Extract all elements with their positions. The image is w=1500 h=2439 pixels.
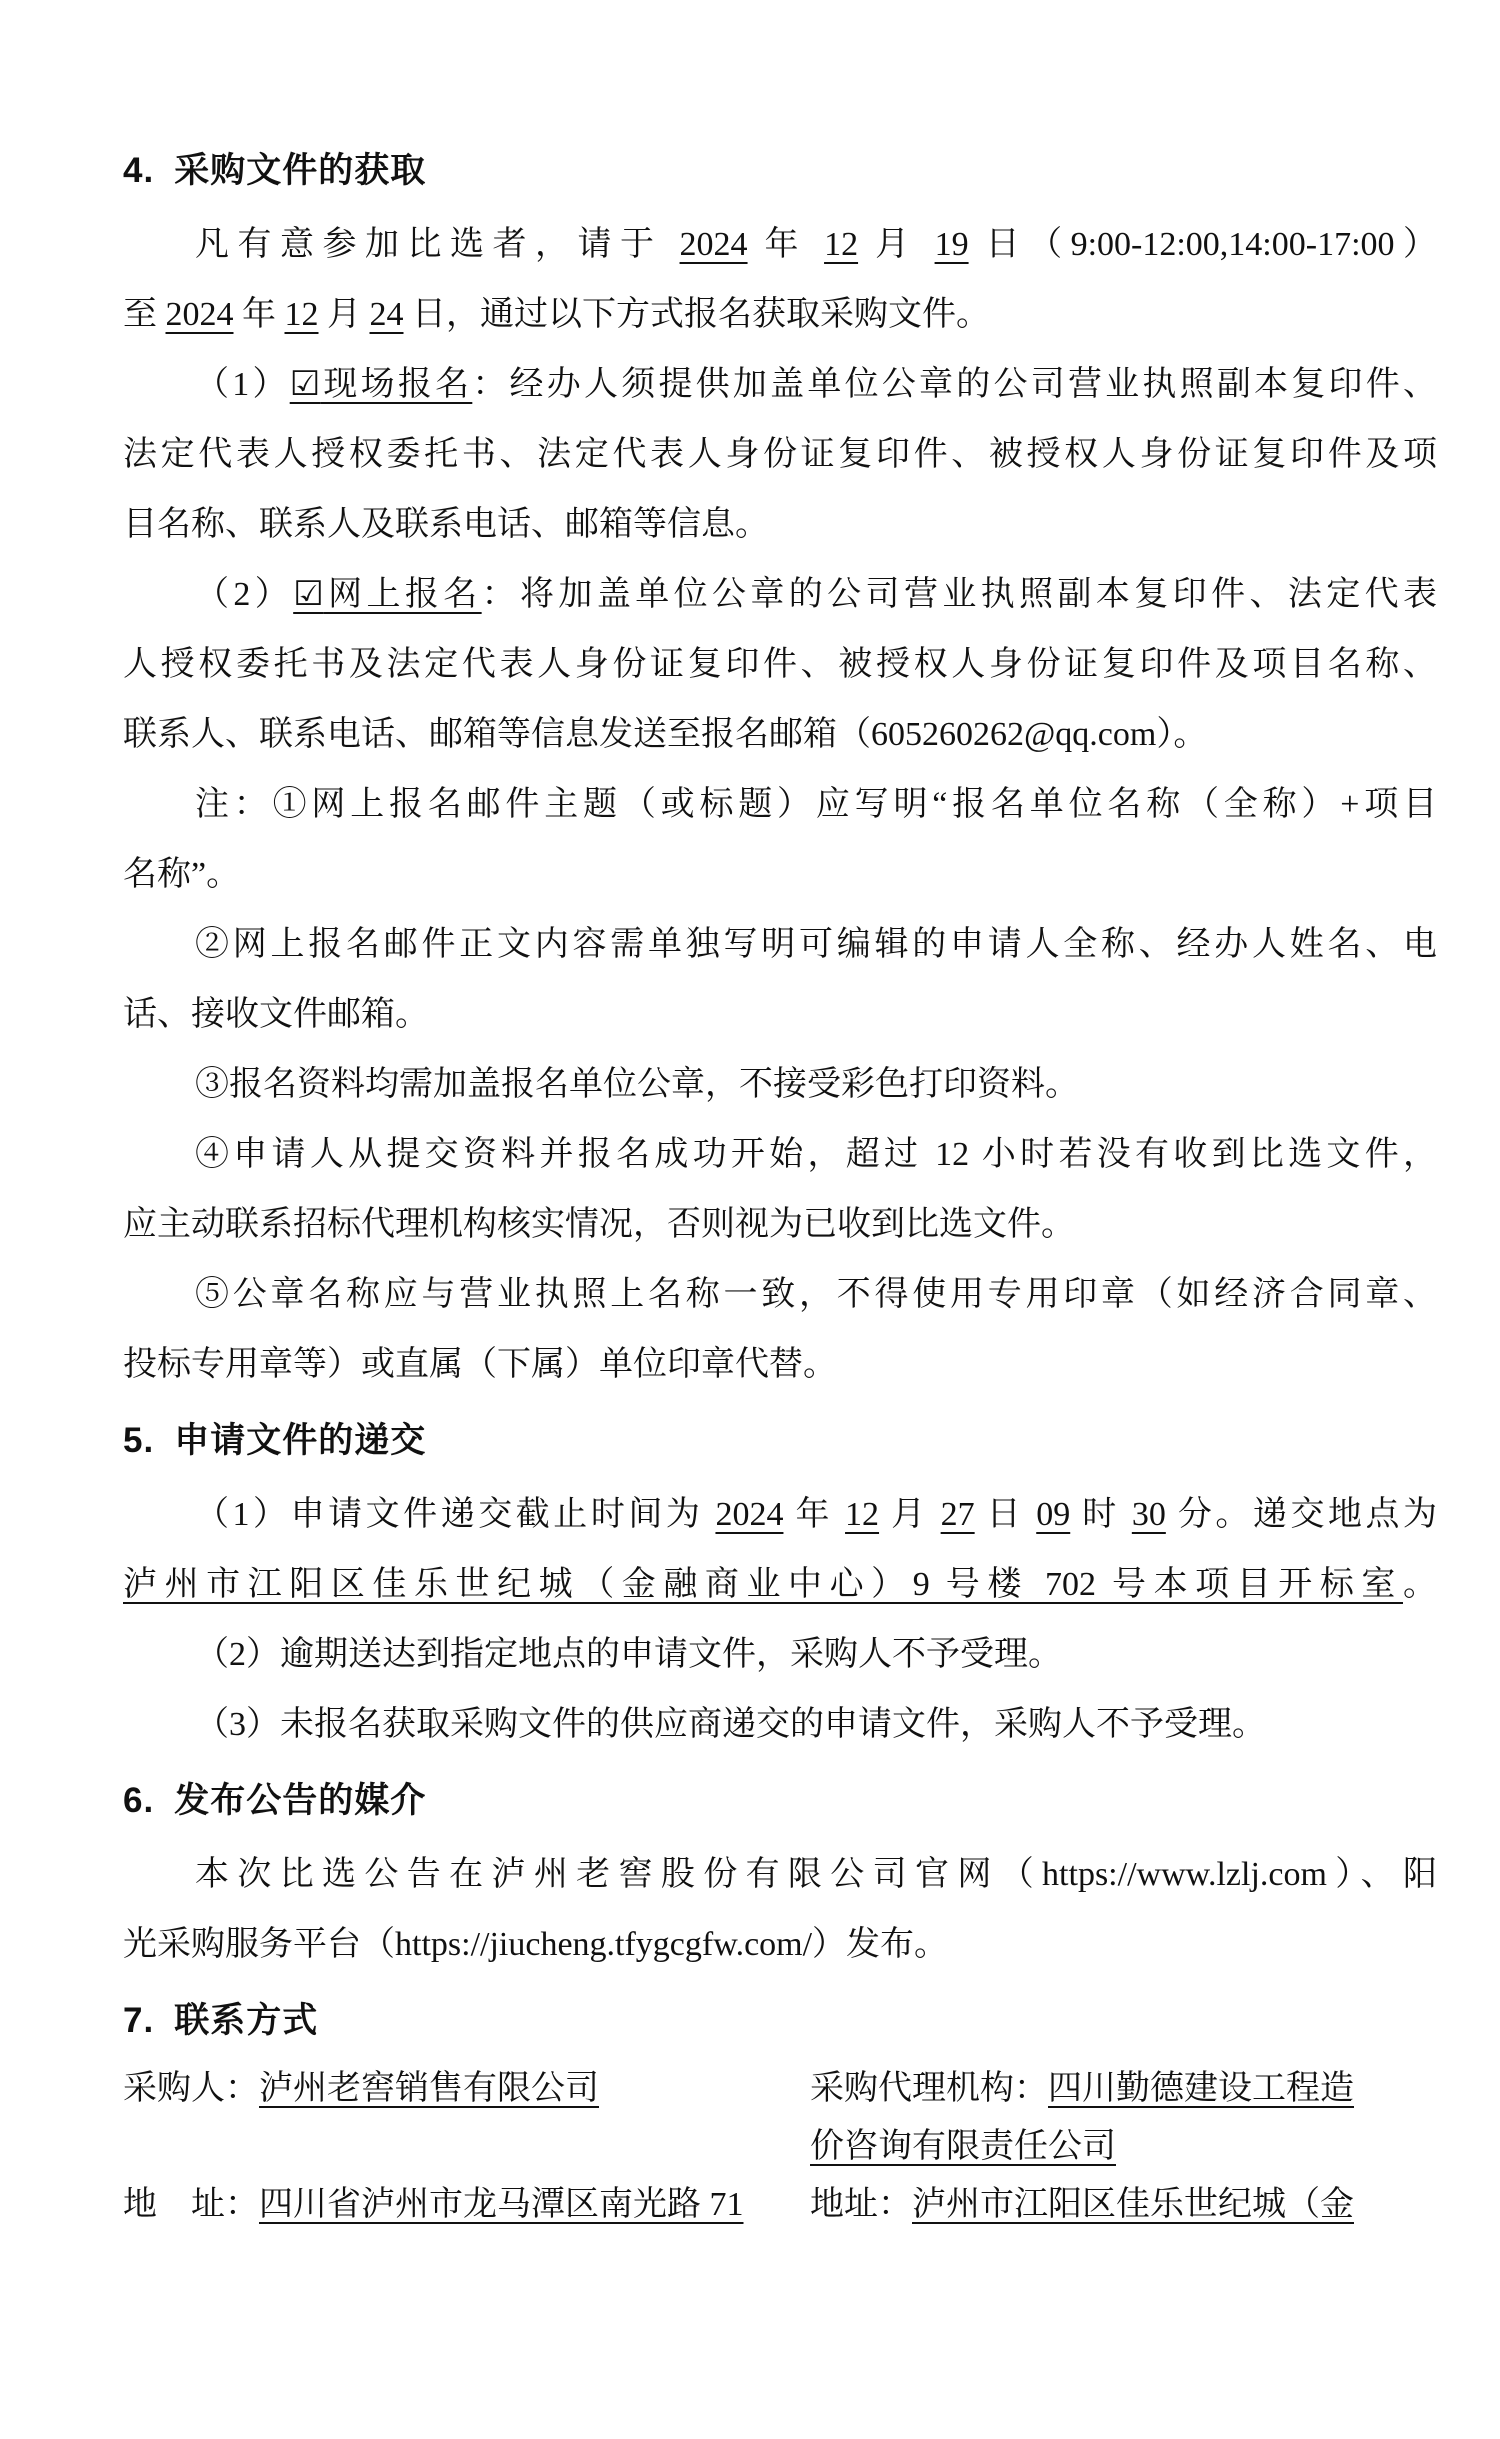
contact-row: 价咨询有限责任公司 [123,2118,1437,2176]
underlined-text: 27 [941,1496,975,1533]
text-run: 目名称、联系人及联系电话、邮箱等信息。 [123,506,769,543]
text-run: ④申请人从提交资料并报名成功开始，超过 12 小时若没有收到比选文件， [195,1136,1437,1173]
text-run: 月 [879,1496,941,1533]
text-run: 联系人、联系电话、邮箱等信息发送至报名邮箱（605260262@qq.com）。 [123,716,1207,753]
text-run: ：经办人须提供加盖单位公章的公司营业执照副本复印件、 [472,366,1437,403]
underlined-text: 泸州老窖销售有限公司 [259,2070,599,2107]
text-run: 话、接收文件邮箱。 [123,996,429,1033]
text-run: 年 [748,226,825,263]
text-line: 人授权委托书及法定代表人身份证复印件、被授权人身份证复印件及项目名称、 [123,630,1437,700]
underlined-text: 24 [370,296,404,333]
text-run: （2） [195,576,293,613]
text-line: （2）逾期送达到指定地点的申请文件，采购人不予受理。 [123,1620,1437,1690]
underlined-text: 12 [845,1496,879,1533]
contact-purchaser-cell: 采购人：泸州老窖销售有限公司 [123,2060,810,2118]
text-run: 本次比选公告在泸州老窖股份有限公司官网（https://www.lzlj.com… [195,1856,1437,1893]
heading-text: 采购文件的获取 [174,151,426,190]
text-line: 凡有意参加比选者，请于 2024 年 12 月 19 日（9:00-12:00,… [123,210,1437,280]
contact-purchaser-cell [123,2118,810,2176]
underlined-text: 泸州市江阳区佳乐世纪城（金 [912,2186,1354,2223]
heading-section-6: 6.发布公告的媒介 [123,1766,1437,1836]
contact-row: 采购人：泸州老窖销售有限公司采购代理机构：四川勤德建设工程造 [123,2060,1437,2118]
underlined-text: 现场报名 [320,366,472,403]
underlined-text: 2024 [680,226,748,263]
text-line: 投标专用章等）或直属（下属）单位印章代替。 [123,1330,1437,1400]
contact-row: 地 址：四川省泸州市龙马潭区南光路 71地址：泸州市江阳区佳乐世纪城（金 [123,2176,1437,2234]
text-run: 应主动联系招标代理机构核实情况，否则视为已收到比选文件。 [123,1206,1075,1243]
underlined-text: 价咨询有限责任公司 [810,2128,1116,2165]
text-run: 凡有意参加比选者，请于 [195,226,680,263]
heading-text: 联系方式 [174,2001,318,2040]
text-run: 日（9:00-12:00,14:00-17:00） [969,226,1437,263]
text-run: 月 [319,296,370,333]
text-run: ：将加盖单位公章的公司营业执照副本复印件、法定代表 [482,576,1437,613]
text-run: 注：①网上报名邮件主题（或标题）应写明“报名单位名称（全称）+项目 [195,786,1437,823]
contact-purchaser-cell: 地 址：四川省泸州市龙马潭区南光路 71 [123,2176,810,2234]
text-line: 泸州市江阳区佳乐世纪城（金融商业中心）9 号楼 702 号本项目开标室。 [123,1550,1437,1620]
text-run: ③报名资料均需加盖报名单位公章，不接受彩色打印资料。 [195,1066,1079,1103]
underlined-text: 19 [935,226,969,263]
heading-number: 5. [123,1421,154,1460]
text-run: 月 [858,226,935,263]
text-run: 分。递交地点为 [1166,1496,1437,1533]
contact-agency-cell: 价咨询有限责任公司 [810,2118,1437,2176]
text-line: 应主动联系招标代理机构核实情况，否则视为已收到比选文件。 [123,1190,1437,1260]
checkbox-checked-icon: ☑ [290,366,320,403]
text-line: 光采购服务平台（https://jiucheng.tfygcgfw.com/）发… [123,1910,1437,1980]
underlined-text: 2024 [166,296,234,333]
document-body: 4.采购文件的获取凡有意参加比选者，请于 2024 年 12 月 19 日（9:… [123,136,1437,2234]
text-line: （1）☑现场报名：经办人须提供加盖单位公章的公司营业执照副本复印件、 [123,350,1437,420]
checkbox-checked-icon: ☑ [293,576,323,613]
text-line: 注：①网上报名邮件主题（或标题）应写明“报名单位名称（全称）+项目 [123,770,1437,840]
text-run: （1）申请文件递交截止时间为 [195,1496,715,1533]
text-run: 投标专用章等）或直属（下属）单位印章代替。 [123,1346,837,1383]
text-run: 日，通过以下方式报名获取采购文件。 [404,296,991,333]
text-line: 目名称、联系人及联系电话、邮箱等信息。 [123,490,1437,560]
heading-text: 发布公告的媒介 [174,1781,426,1820]
text-run: ⑤公章名称应与营业执照上名称一致，不得使用专用印章（如经济合同章、 [195,1276,1437,1313]
text-run: 采购代理机构： [810,2070,1048,2107]
contact-agency-cell: 采购代理机构：四川勤德建设工程造 [810,2060,1437,2118]
text-run: 。 [1403,1566,1437,1603]
heading-number: 6. [123,1781,154,1820]
text-run: 年 [234,296,285,333]
text-run: 采购人： [123,2070,259,2107]
document-page: 4.采购文件的获取凡有意参加比选者，请于 2024 年 12 月 19 日（9:… [0,0,1500,2439]
text-line: 至 2024 年 12 月 24 日，通过以下方式报名获取采购文件。 [123,280,1437,350]
text-run: 光采购服务平台（https://jiucheng.tfygcgfw.com/）发… [123,1926,948,1963]
underlined-text: 网上报名 [324,576,482,613]
text-line: 联系人、联系电话、邮箱等信息发送至报名邮箱（605260262@qq.com）。 [123,700,1437,770]
text-line: ③报名资料均需加盖报名单位公章，不接受彩色打印资料。 [123,1050,1437,1120]
heading-section-4: 4.采购文件的获取 [123,136,1437,206]
heading-number: 7. [123,2001,154,2040]
heading-section-5: 5.申请文件的递交 [123,1406,1437,1476]
text-line: 名称”。 [123,840,1437,910]
text-run: （1） [195,366,290,403]
underlined-text: 12 [824,226,858,263]
heading-number: 4. [123,151,154,190]
text-line: （3）未报名获取采购文件的供应商递交的申请文件，采购人不予受理。 [123,1690,1437,1760]
contact-agency-cell: 地址：泸州市江阳区佳乐世纪城（金 [810,2176,1437,2234]
text-run: 名称”。 [123,856,240,893]
text-line: （2）☑网上报名：将加盖单位公章的公司营业执照副本复印件、法定代表 [123,560,1437,630]
text-run: 至 [123,296,166,333]
text-line: ⑤公章名称应与营业执照上名称一致，不得使用专用印章（如经济合同章、 [123,1260,1437,1330]
text-run: 年 [783,1496,845,1533]
underlined-text: 12 [285,296,319,333]
text-line: ②网上报名邮件正文内容需单独写明可编辑的申请人全称、经办人姓名、电 [123,910,1437,980]
text-line: 话、接收文件邮箱。 [123,980,1437,1050]
underlined-text: 2024 [715,1496,783,1533]
underlined-text: 09 [1036,1496,1070,1533]
heading-text: 申请文件的递交 [174,1421,426,1460]
underlined-text: 泸州市江阳区佳乐世纪城（金融商业中心）9 号楼 702 号本项目开标室 [123,1566,1403,1603]
heading-section-7: 7.联系方式 [123,1986,1437,2056]
text-run: 法定代表人授权委托书、法定代表人身份证复印件、被授权人身份证复印件及项 [123,436,1437,473]
text-line: （1）申请文件递交截止时间为 2024 年 12 月 27 日 09 时 30 … [123,1480,1437,1550]
text-run: 地址： [810,2186,912,2223]
text-run: 日 [975,1496,1037,1533]
underlined-text: 30 [1132,1496,1166,1533]
text-run: （2）逾期送达到指定地点的申请文件，采购人不予受理。 [195,1636,1062,1673]
text-run: 地 址： [123,2186,259,2223]
text-run: 人授权委托书及法定代表人身份证复印件、被授权人身份证复印件及项目名称、 [123,646,1437,683]
text-line: ④申请人从提交资料并报名成功开始，超过 12 小时若没有收到比选文件， [123,1120,1437,1190]
underlined-text: 四川省泸州市龙马潭区南光路 71 [259,2186,744,2223]
text-run: （3）未报名获取采购文件的供应商递交的申请文件，采购人不予受理。 [195,1706,1266,1743]
text-line: 法定代表人授权委托书、法定代表人身份证复印件、被授权人身份证复印件及项 [123,420,1437,490]
text-line: 本次比选公告在泸州老窖股份有限公司官网（https://www.lzlj.com… [123,1840,1437,1910]
text-run: ②网上报名邮件正文内容需单独写明可编辑的申请人全称、经办人姓名、电 [195,926,1437,963]
text-run: 时 [1070,1496,1132,1533]
underlined-text: 四川勤德建设工程造 [1048,2070,1354,2107]
